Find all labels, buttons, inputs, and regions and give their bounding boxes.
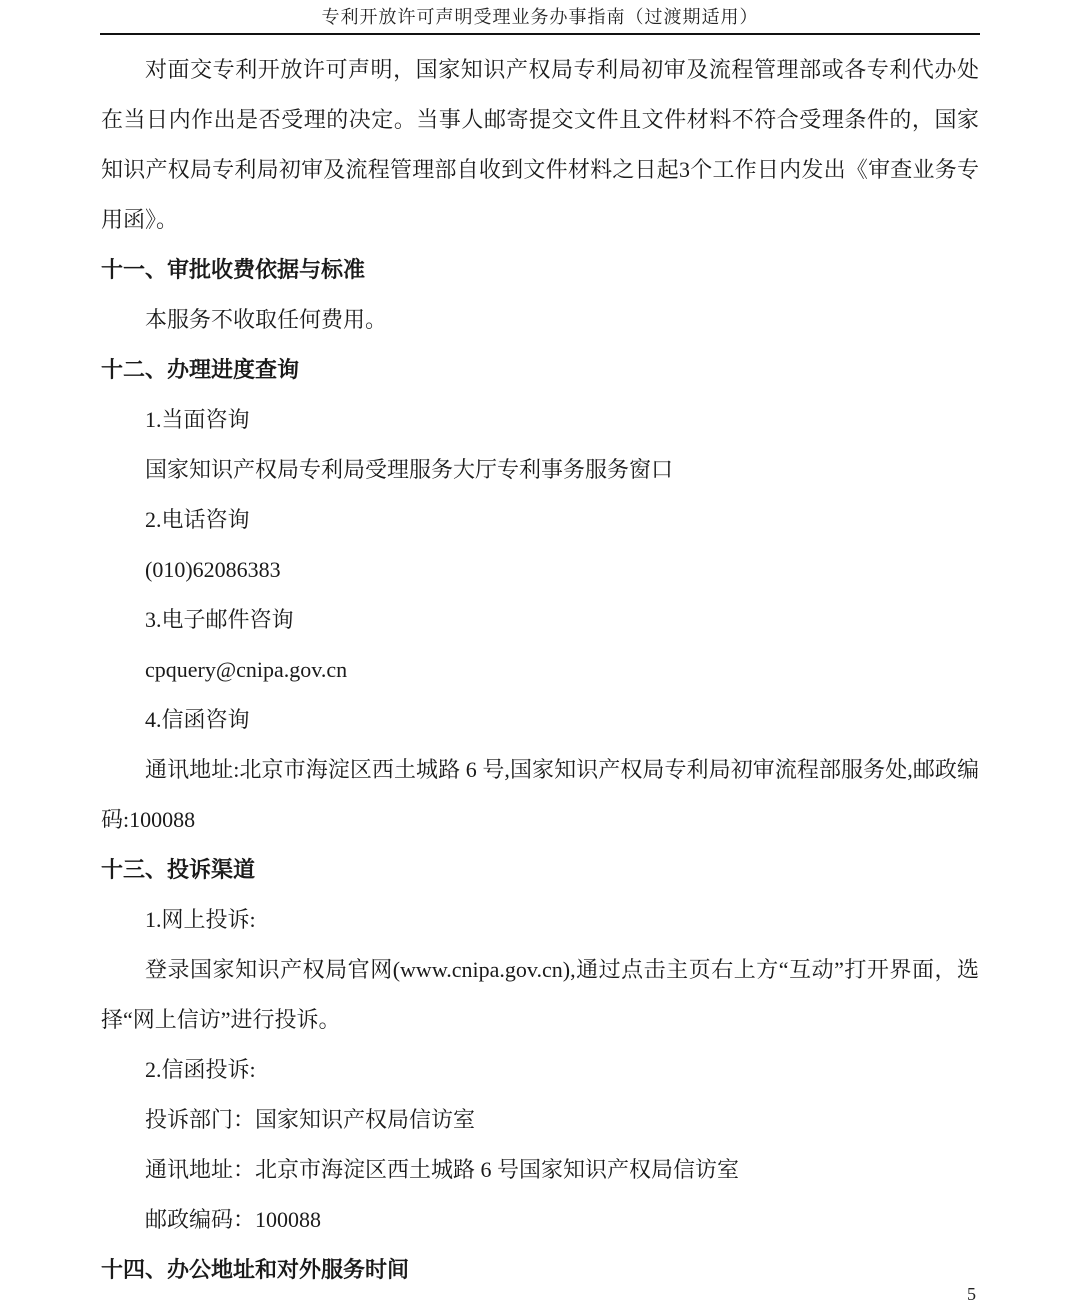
phone-number: (010)62086383 [101,545,979,595]
page-header: 专利开放许可声明受理业务办事指南（过渡期适用） [0,0,1080,28]
online-complaint-detail: 登录国家知识产权局官网(www.cnipa.gov.cn),通过点击主页右上方“… [101,945,979,1045]
section-heading-14: 十四、办公地址和对外服务时间 [101,1245,979,1295]
letter-inquiry-address: 通讯地址:北京市海淀区西土城路 6 号,国家知识产权局专利局初审流程部服务处,邮… [101,745,979,845]
section-heading-11: 十一、审批收费依据与标准 [101,245,979,295]
item-online-complaint: 1.网上投诉: [101,895,979,945]
email-address: cpquery@cnipa.gov.cn [101,645,979,695]
document-body: 对面交专利开放许可声明，国家知识产权局专利局初审及流程管理部或各专利代办处在当日… [0,35,1080,1295]
document-page: 专利开放许可声明受理业务办事指南（过渡期适用） 对面交专利开放许可声明，国家知识… [0,0,1080,1310]
complaint-postcode: 邮政编码：100088 [101,1195,979,1245]
section-heading-12: 十二、办理进度查询 [101,345,979,395]
page-number: 5 [967,1284,976,1304]
inperson-inquiry-location: 国家知识产权局专利局受理服务大厅专利事务服务窗口 [101,445,979,495]
item-letter-inquiry: 4.信函咨询 [101,695,979,745]
section-11-body: 本服务不收取任何费用。 [101,295,979,345]
section-heading-13: 十三、投诉渠道 [101,845,979,895]
item-email-inquiry: 3.电子邮件咨询 [101,595,979,645]
intro-paragraph: 对面交专利开放许可声明，国家知识产权局专利局初审及流程管理部或各专利代办处在当日… [101,45,979,245]
item-phone-inquiry: 2.电话咨询 [101,495,979,545]
item-inperson-inquiry: 1.当面咨询 [101,395,979,445]
complaint-address: 通讯地址：北京市海淀区西土城路 6 号国家知识产权局信访室 [101,1145,979,1195]
header-title: 专利开放许可声明受理业务办事指南（过渡期适用） [100,6,980,28]
item-letter-complaint: 2.信函投诉: [101,1045,979,1095]
complaint-department: 投诉部门：国家知识产权局信访室 [101,1095,979,1145]
